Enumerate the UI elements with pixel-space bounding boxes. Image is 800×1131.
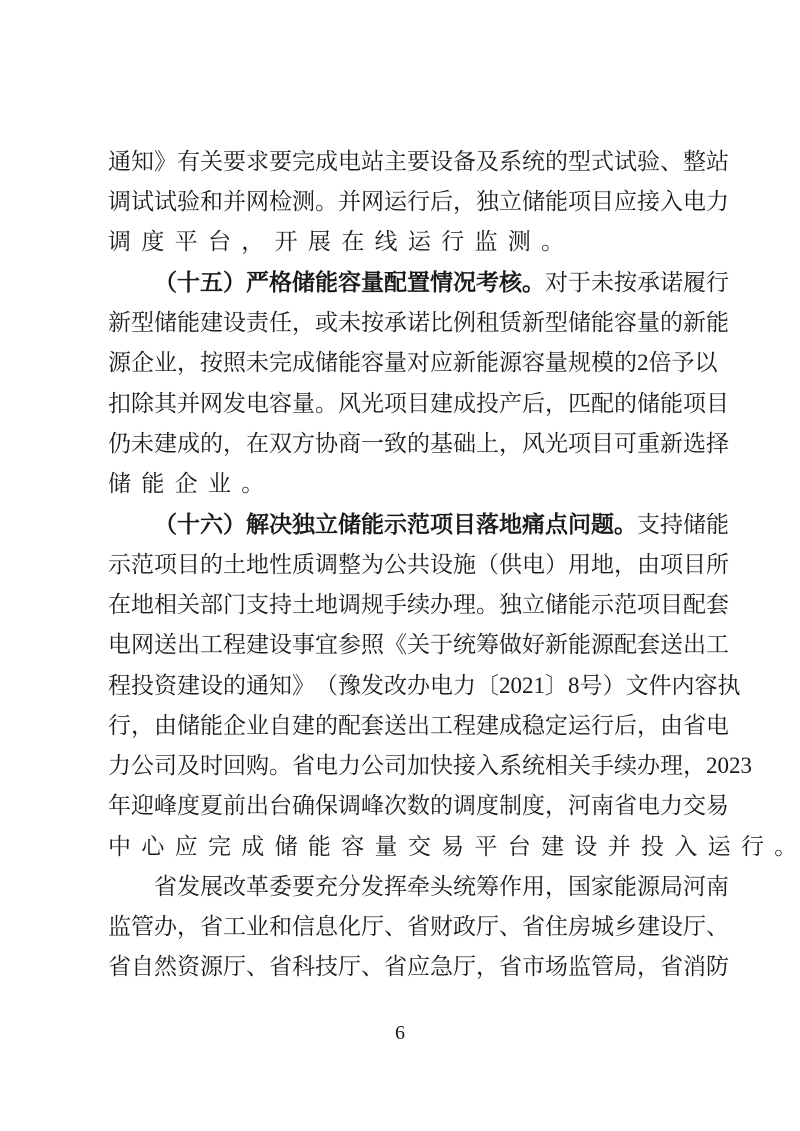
text-line: （十六）解决独立储能示范项目落地痛点问题。支持储能: [154, 505, 693, 545]
page-number: 6: [0, 1022, 800, 1045]
text-line: 示范项目的土地性质调整为公共设施（供电）用地，由项目所: [108, 545, 693, 585]
text-line: 储能企业。: [108, 464, 693, 504]
text-line: 调度平台，开展在线运行监测。: [108, 222, 693, 262]
text-line: 新型储能建设责任，或未按承诺比例租赁新型储能容量的新能: [108, 303, 693, 343]
text-line: 中心应完成储能容量交易平台建设并投入运行。: [108, 827, 693, 867]
text-line: （十五）严格储能容量配置情况考核。对于未按承诺履行: [154, 263, 693, 303]
text-line: 省发展改革委要充分发挥牵头统筹作用，国家能源局河南: [154, 867, 693, 907]
text-line: 监管办，省工业和信息化厅、省财政厅、省住房城乡建设厅、: [108, 907, 693, 947]
text-line: 通知》有关要求要完成电站主要设备及系统的型式试验、整站: [108, 142, 693, 182]
text-line: 仍未建成的，在双方协商一致的基础上，风光项目可重新选择: [108, 424, 693, 464]
text-line: 在地相关部门支持土地调规手续办理。独立储能示范项目配套: [108, 585, 693, 625]
text-line: 省自然资源厅、省科技厅、省应急厅，省市场监管局，省消防: [108, 947, 693, 987]
text-line: 力公司及时回购。省电力公司加快接入系统相关手续办理，2023: [108, 746, 693, 786]
text-line: 电网送出工程建设事宜参照《关于统筹做好新能源配套送出工: [108, 625, 693, 665]
text-line: 源企业，按照未完成储能容量对应新能源容量规模的2倍予以: [108, 343, 693, 383]
text-line: 行，由储能企业自建的配套送出工程建成稳定运行后，由省电: [108, 706, 693, 746]
document-page: 通知》有关要求要完成电站主要设备及系统的型式试验、整站调试试验和并网检测。并网运…: [0, 0, 800, 1131]
text-line: 调试试验和并网检测。并网运行后，独立储能项目应接入电力: [108, 182, 693, 222]
text-line: 年迎峰度夏前出台确保调峰次数的调度制度，河南省电力交易: [108, 786, 693, 826]
text-line: 程投资建设的通知》（豫发改办电力〔2021〕8号）文件内容执: [108, 666, 693, 706]
text-line: 扣除其并网发电容量。风光项目建成投产后，匹配的储能项目: [108, 384, 693, 424]
